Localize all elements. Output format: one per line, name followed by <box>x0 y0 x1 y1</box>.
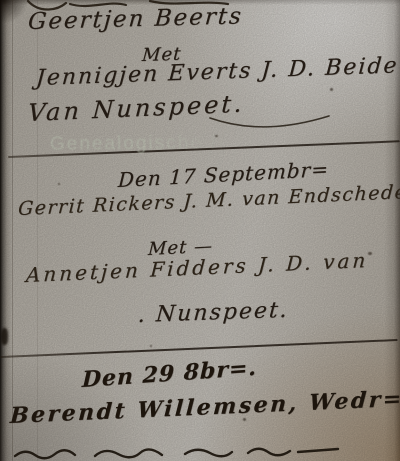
entry1-place: Van Nunspeet. <box>27 90 245 127</box>
binding-edge-smudge <box>1 328 8 345</box>
entry1-name1: Geertjen Beerts <box>27 3 244 35</box>
entry3-name1: Berendt Willemsen, Wedr= van, <box>9 384 400 430</box>
paper-speck <box>150 345 152 347</box>
entry1-name2: Jennigjen Everts J. D. Beide <box>35 53 399 91</box>
entry3-date: Den 29 8br=. <box>82 356 258 394</box>
register-scan-page: Geertjen Beerts Met Jennigjen Everts J. … <box>0 0 400 461</box>
entry2-name2: Annetjen Fidders J. D. van <box>25 249 369 287</box>
truncated-next-line-strokes <box>0 444 400 461</box>
paper-speck <box>215 135 218 137</box>
section-divider-2 <box>0 339 398 358</box>
entry2-name1: Gerrit Rickers J. M. van Endschede <box>17 182 400 221</box>
paper-speck <box>330 88 333 91</box>
paper-speck <box>243 418 246 421</box>
paper-speck <box>58 183 60 185</box>
paper-speck <box>300 60 302 62</box>
paper-speck <box>368 252 372 255</box>
paper-fold-line <box>12 0 13 461</box>
watermark: Genealogische Ho <box>50 132 239 156</box>
entry2-place: . Nunspeet. <box>137 298 290 329</box>
